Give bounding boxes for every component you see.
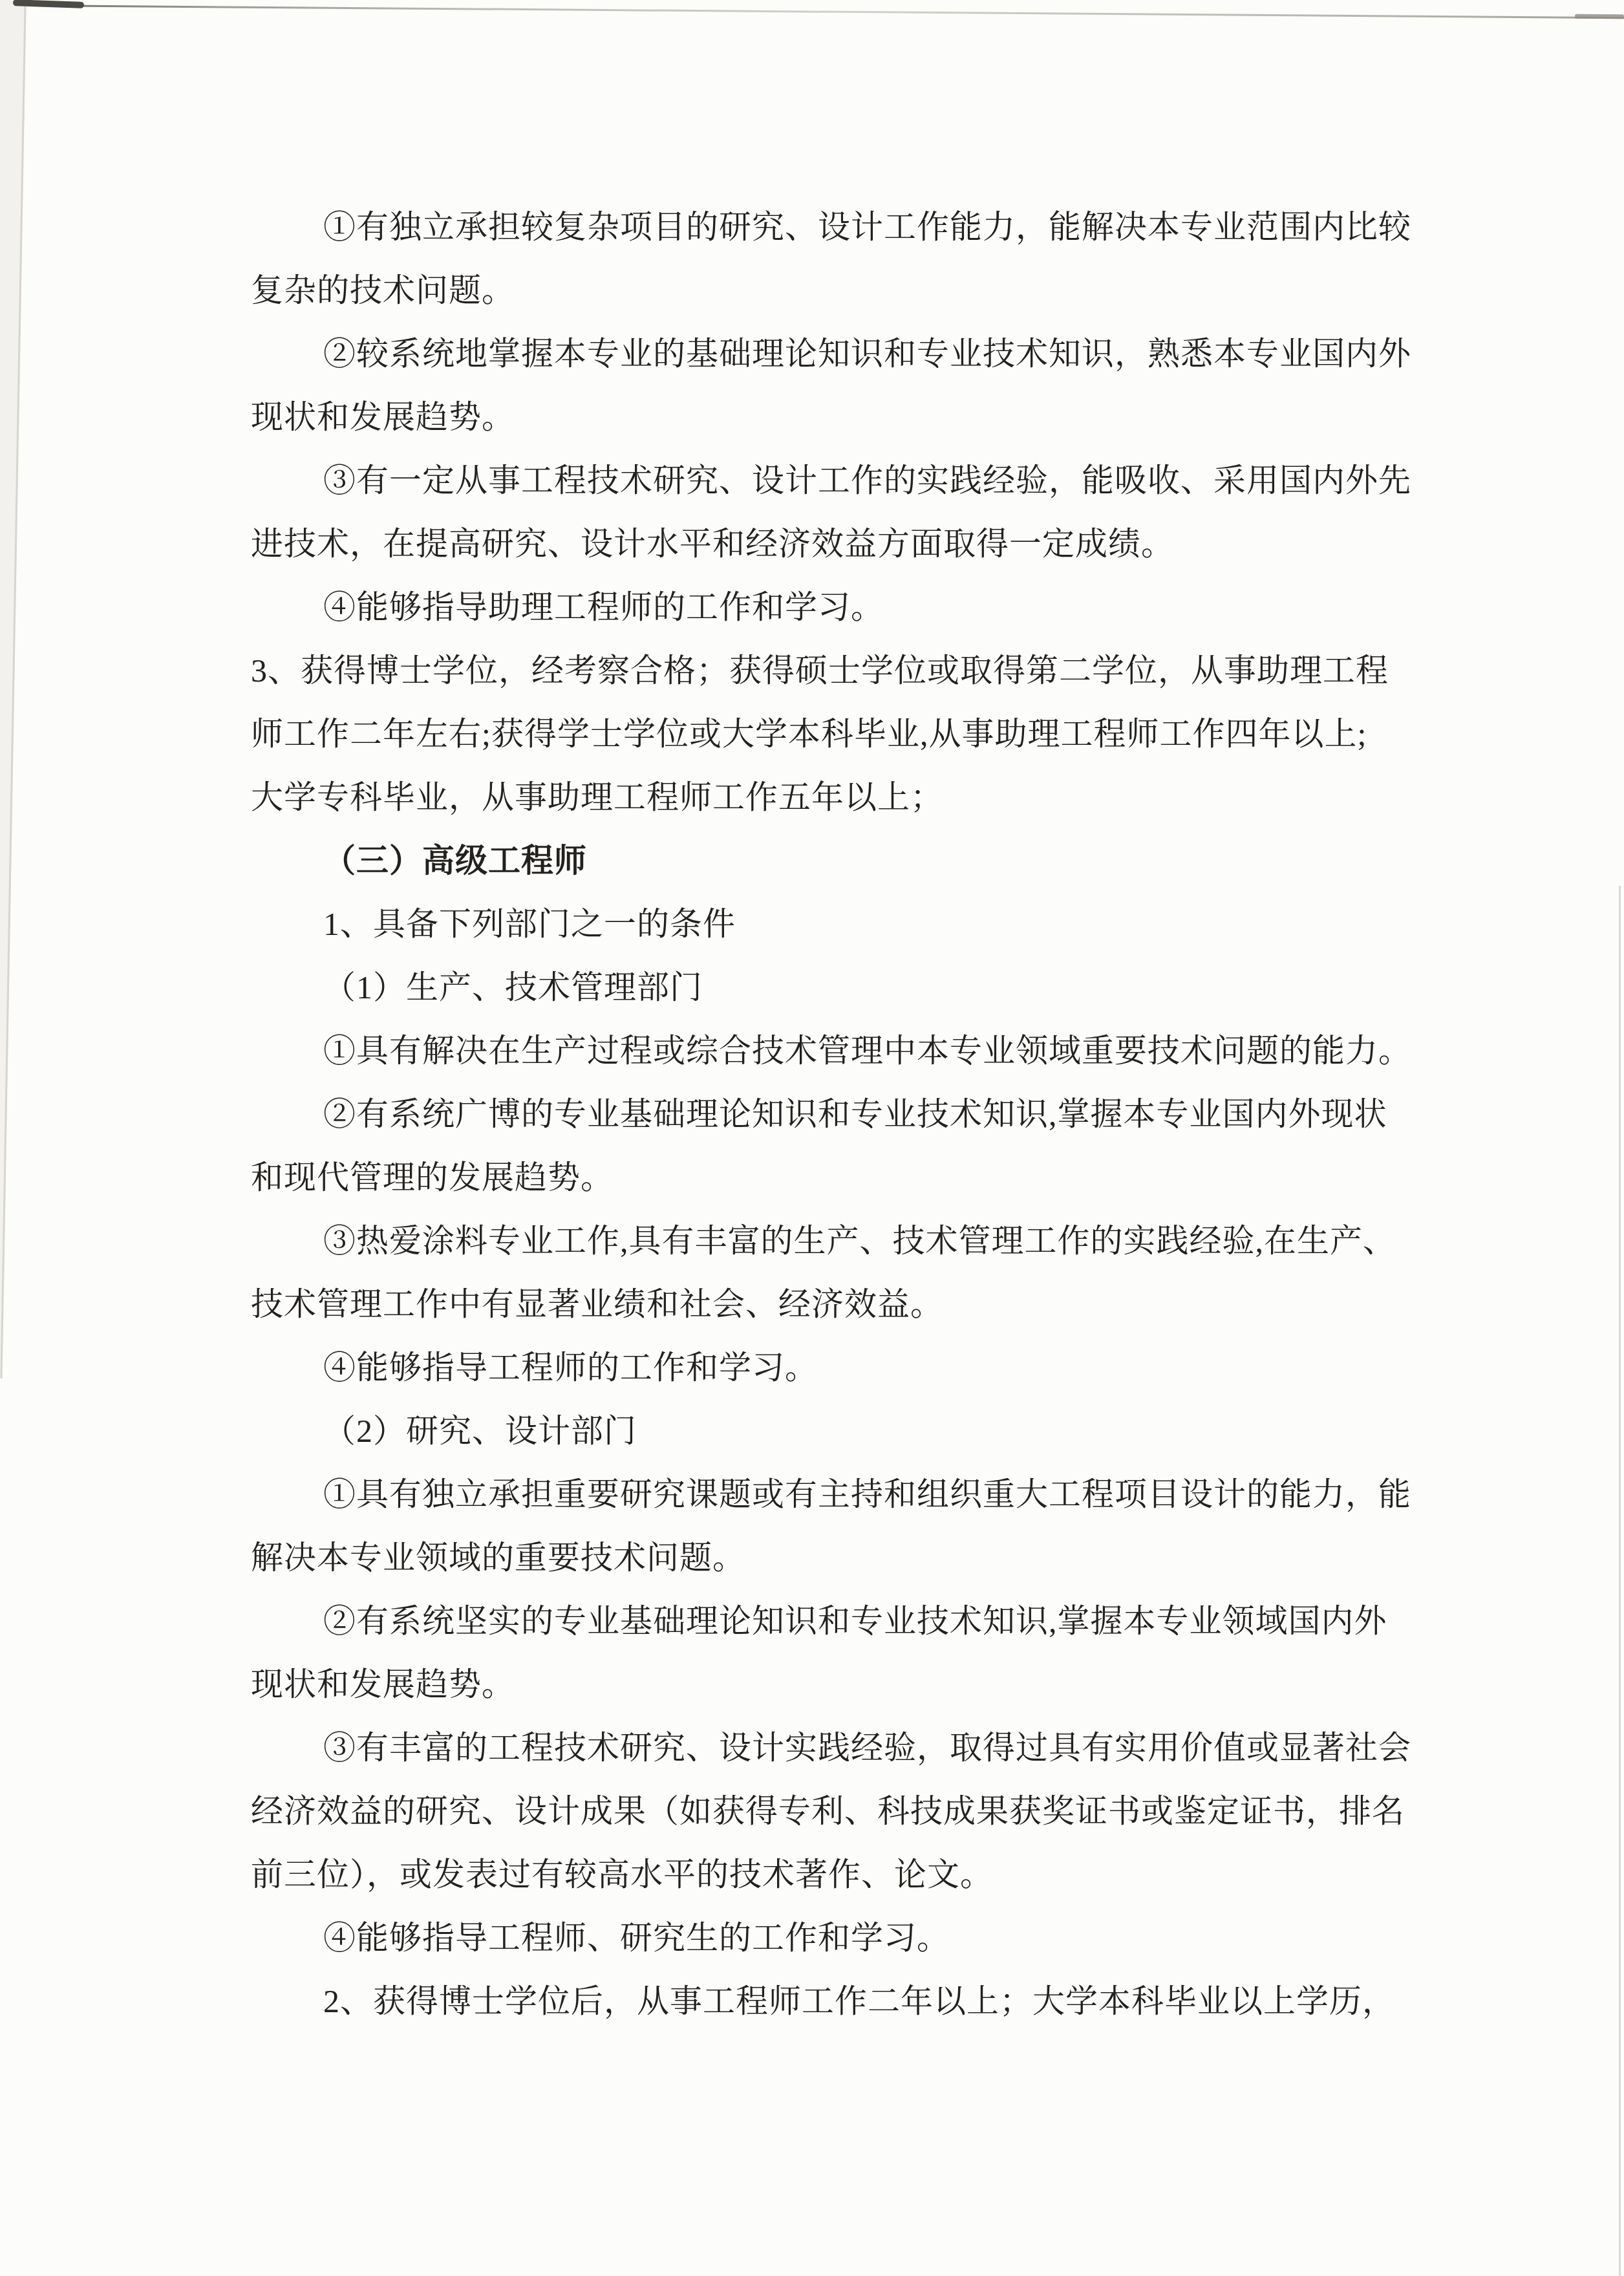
text-line: 现状和发展趋势。 <box>251 1653 1408 1716</box>
text-line: ④能够指导助理工程师的工作和学习。 <box>251 575 1408 639</box>
text-line: ②有系统广博的专业基础理论知识和专业技术知识,掌握本专业国内外现状 <box>251 1082 1408 1146</box>
paper-left-edge <box>0 0 27 1379</box>
scanned-page: { "page": { "type": "scanned-document-pa… <box>0 0 1624 2276</box>
text-line: 师工作二年左右;获得学士学位或大学本科毕业,从事助理工程师工作四年以上; <box>251 702 1408 766</box>
text-line: ①具有解决在生产过程或综合技术管理中本专业领域重要技术问题的能力。 <box>251 1019 1408 1082</box>
text-line: ④能够指导工程师、研究生的工作和学习。 <box>251 1906 1408 1970</box>
paper-right-edge <box>1619 886 1621 2276</box>
text-line: （2）研究、设计部门 <box>251 1399 1408 1463</box>
text-line: 1、具备下列部门之一的条件 <box>251 892 1408 956</box>
text-line: 前三位），或发表过有较高水平的技术著作、论文。 <box>251 1843 1408 1906</box>
text-line: ③热爱涂料专业工作,具有丰富的生产、技术管理工作的实践经验,在生产、 <box>251 1209 1408 1272</box>
scan-top-right-mark <box>1575 14 1624 19</box>
text-line: ④能够指导工程师的工作和学习。 <box>251 1336 1408 1399</box>
text-line: 进技术，在提高研究、设计水平和经济效益方面取得一定成绩。 <box>251 512 1408 575</box>
text-line: 和现代管理的发展趋势。 <box>251 1146 1408 1209</box>
text-line: 经济效益的研究、设计成果（如获得专利、科技成果获奖证书或鉴定证书，排名 <box>251 1779 1408 1843</box>
text-line: ③有丰富的工程技术研究、设计实践经验，取得过具有实用价值或显著社会 <box>251 1716 1408 1779</box>
text-line: 解决本专业领域的重要技术问题。 <box>251 1526 1408 1589</box>
paper-top-edge <box>30 5 1624 19</box>
text-line: 现状和发展趋势。 <box>251 385 1408 449</box>
text-line: 3、获得博士学位，经考察合格；获得硕士学位或取得第二学位，从事助理工程 <box>251 639 1408 702</box>
text-line: ②较系统地掌握本专业的基础理论知识和专业技术知识，熟悉本专业国内外 <box>251 322 1408 385</box>
text-line: 复杂的技术问题。 <box>251 259 1408 322</box>
text-line: （三）高级工程师 <box>251 829 1408 892</box>
text-line: 大学专科毕业，从事助理工程师工作五年以上； <box>251 766 1408 829</box>
text-line: ①有独立承担较复杂项目的研究、设计工作能力，能解决本专业范围内比较 <box>251 195 1408 259</box>
text-line: ①具有独立承担重要研究课题或有主持和组织重大工程项目设计的能力，能 <box>251 1463 1408 1526</box>
text-line: ②有系统坚实的专业基础理论知识和专业技术知识,掌握本专业领域国内外 <box>251 1589 1408 1653</box>
text-line: 技术管理工作中有显著业绩和社会、经济效益。 <box>251 1272 1408 1336</box>
text-line: ③有一定从事工程技术研究、设计工作的实践经验，能吸收、采用国内外先 <box>251 449 1408 512</box>
document-text: ①有独立承担较复杂项目的研究、设计工作能力，能解决本专业范围内比较复杂的技术问题… <box>251 195 1408 2033</box>
text-line: （1）生产、技术管理部门 <box>251 956 1408 1019</box>
text-line: 2、获得博士学位后，从事工程师工作二年以上；大学本科毕业以上学历， <box>251 1970 1408 2033</box>
